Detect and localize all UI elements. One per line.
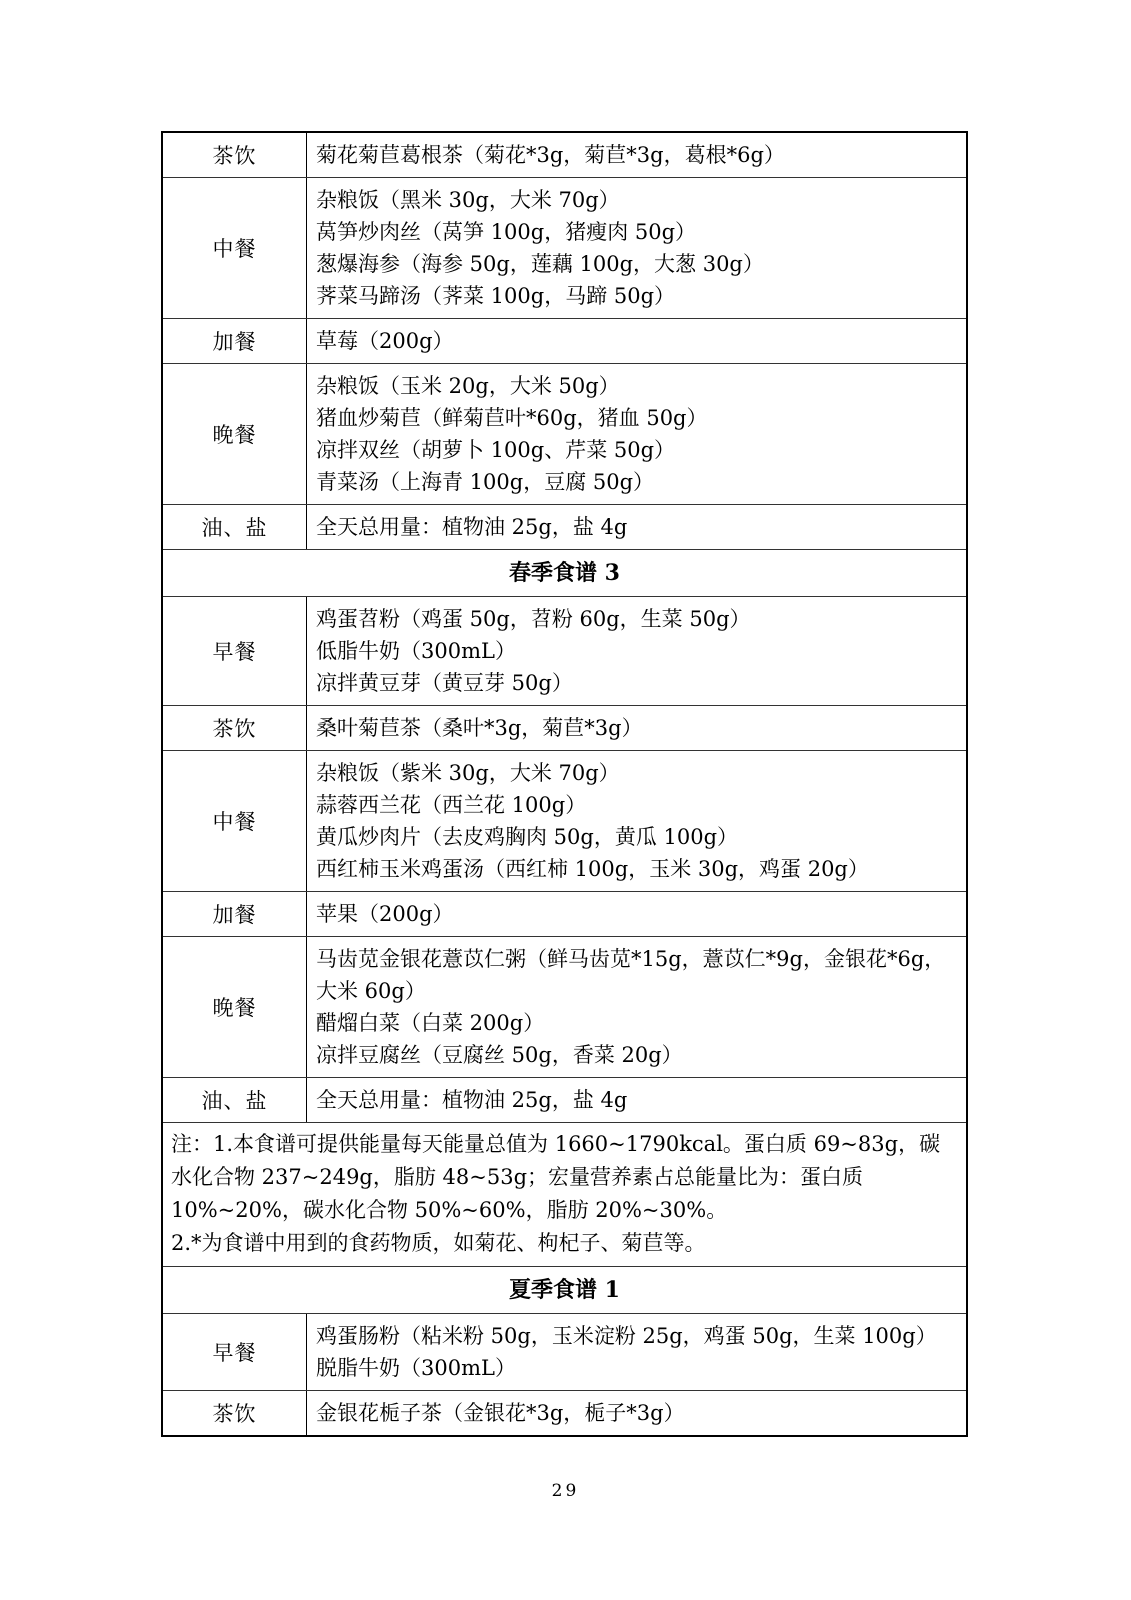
- notes-row: 注：1.本食谱可提供能量每天能量总值为 1660~1790kcal。蛋白质 69…: [163, 1122, 966, 1266]
- dish-item: 莴笋炒肉丝（莴笋 100g，猪瘦肉 50g）: [316, 216, 956, 248]
- dish-item: 西红柿玉米鸡蛋汤（西红柿 100g，玉米 30g，鸡蛋 20g）: [316, 853, 956, 885]
- meal-row: 油、盐全天总用量：植物油 25g，盐 4g: [163, 1077, 966, 1122]
- dish-item: 杂粮饭（黑米 30g，大米 70g）: [316, 184, 956, 216]
- meal-label: 晚餐: [163, 364, 307, 504]
- dish-item: 荠菜马蹄汤（荠菜 100g，马蹄 50g）: [316, 280, 956, 312]
- page-number: 29: [0, 1481, 1131, 1501]
- note-line: 2.*为食谱中用到的食药物质，如菊花、枸杞子、菊苣等。: [171, 1227, 958, 1260]
- meal-items: 全天总用量：植物油 25g，盐 4g: [307, 505, 966, 549]
- meal-label: 油、盐: [163, 1078, 307, 1122]
- meal-label: 中餐: [163, 751, 307, 891]
- meal-row: 加餐草莓（200g）: [163, 318, 966, 363]
- meal-label: 早餐: [163, 1314, 307, 1390]
- meal-label: 中餐: [163, 178, 307, 318]
- meal-items: 马齿苋金银花薏苡仁粥（鲜马齿苋*15g，薏苡仁*9g，金银花*6g，大米 60g…: [307, 937, 966, 1077]
- meal-label: 加餐: [163, 319, 307, 363]
- meal-row: 中餐杂粮饭（紫米 30g，大米 70g）蒜蓉西兰花（西兰花 100g）黄瓜炒肉片…: [163, 750, 966, 891]
- meal-label: 茶饮: [163, 706, 307, 750]
- dish-item: 杂粮饭（紫米 30g，大米 70g）: [316, 757, 956, 789]
- meal-items: 菊花菊苣葛根茶（菊花*3g，菊苣*3g，葛根*6g）: [307, 133, 966, 177]
- meal-row: 油、盐全天总用量：植物油 25g，盐 4g: [163, 504, 966, 549]
- meal-items: 鸡蛋苕粉（鸡蛋 50g，苕粉 60g，生菜 50g）低脂牛奶（300mL）凉拌黄…: [307, 597, 966, 705]
- meal-row: 茶饮桑叶菊苣茶（桑叶*3g，菊苣*3g）: [163, 705, 966, 750]
- section-header: 夏季食谱 1: [163, 1266, 966, 1313]
- dish-item: 脱脂牛奶（300mL）: [316, 1352, 956, 1384]
- meal-row: 晚餐杂粮饭（玉米 20g，大米 50g）猪血炒菊苣（鲜菊苣叶*60g，猪血 50…: [163, 363, 966, 504]
- meal-row: 加餐苹果（200g）: [163, 891, 966, 936]
- document-page: 茶饮菊花菊苣葛根茶（菊花*3g，菊苣*3g，葛根*6g）中餐杂粮饭（黑米 30g…: [0, 0, 1131, 1600]
- meal-label: 加餐: [163, 892, 307, 936]
- dish-item: 鸡蛋肠粉（粘米粉 50g，玉米淀粉 25g，鸡蛋 50g，生菜 100g）: [316, 1320, 956, 1352]
- meal-items: 苹果（200g）: [307, 892, 966, 936]
- dish-item: 鸡蛋苕粉（鸡蛋 50g，苕粉 60g，生菜 50g）: [316, 603, 956, 635]
- dish-item: 杂粮饭（玉米 20g，大米 50g）: [316, 370, 956, 402]
- meal-items: 杂粮饭（玉米 20g，大米 50g）猪血炒菊苣（鲜菊苣叶*60g，猪血 50g）…: [307, 364, 966, 504]
- dish-item: 凉拌黄豆芽（黄豆芽 50g）: [316, 667, 956, 699]
- meal-items: 桑叶菊苣茶（桑叶*3g，菊苣*3g）: [307, 706, 966, 750]
- meal-row: 早餐鸡蛋肠粉（粘米粉 50g，玉米淀粉 25g，鸡蛋 50g，生菜 100g）脱…: [163, 1313, 966, 1390]
- meal-label: 早餐: [163, 597, 307, 705]
- meal-label: 油、盐: [163, 505, 307, 549]
- meal-row: 中餐杂粮饭（黑米 30g，大米 70g）莴笋炒肉丝（莴笋 100g，猪瘦肉 50…: [163, 177, 966, 318]
- section-header: 春季食谱 3: [163, 549, 966, 596]
- meal-label: 晚餐: [163, 937, 307, 1077]
- dish-item: 蒜蓉西兰花（西兰花 100g）: [316, 789, 956, 821]
- dish-item: 凉拌豆腐丝（豆腐丝 50g，香菜 20g）: [316, 1039, 956, 1071]
- dish-item: 黄瓜炒肉片（去皮鸡胸肉 50g，黄瓜 100g）: [316, 821, 956, 853]
- dish-item: 全天总用量：植物油 25g，盐 4g: [316, 511, 956, 543]
- meal-items: 杂粮饭（黑米 30g，大米 70g）莴笋炒肉丝（莴笋 100g，猪瘦肉 50g）…: [307, 178, 966, 318]
- dish-item: 金银花栀子茶（金银花*3g，栀子*3g）: [316, 1397, 956, 1429]
- dish-item: 苹果（200g）: [316, 898, 956, 930]
- meal-row: 早餐鸡蛋苕粉（鸡蛋 50g，苕粉 60g，生菜 50g）低脂牛奶（300mL）凉…: [163, 596, 966, 705]
- dish-item: 青菜汤（上海青 100g，豆腐 50g）: [316, 466, 956, 498]
- meal-items: 草莓（200g）: [307, 319, 966, 363]
- dish-item: 全天总用量：植物油 25g，盐 4g: [316, 1084, 956, 1116]
- dish-item: 马齿苋金银花薏苡仁粥（鲜马齿苋*15g，薏苡仁*9g，金银花*6g，大米 60g…: [316, 943, 956, 1007]
- note-line: 注：1.本食谱可提供能量每天能量总值为 1660~1790kcal。蛋白质 69…: [171, 1128, 958, 1227]
- dish-item: 菊花菊苣葛根茶（菊花*3g，菊苣*3g，葛根*6g）: [316, 139, 956, 171]
- meal-row: 晚餐马齿苋金银花薏苡仁粥（鲜马齿苋*15g，薏苡仁*9g，金银花*6g，大米 6…: [163, 936, 966, 1077]
- diet-table: 茶饮菊花菊苣葛根茶（菊花*3g，菊苣*3g，葛根*6g）中餐杂粮饭（黑米 30g…: [161, 131, 968, 1437]
- dish-item: 醋熘白菜（白菜 200g）: [316, 1007, 956, 1039]
- dish-item: 桑叶菊苣茶（桑叶*3g，菊苣*3g）: [316, 712, 956, 744]
- meal-items: 全天总用量：植物油 25g，盐 4g: [307, 1078, 966, 1122]
- meal-row: 茶饮菊花菊苣葛根茶（菊花*3g，菊苣*3g，葛根*6g）: [163, 133, 966, 177]
- dish-item: 草莓（200g）: [316, 325, 956, 357]
- meal-items: 金银花栀子茶（金银花*3g，栀子*3g）: [307, 1391, 966, 1435]
- meal-row: 茶饮金银花栀子茶（金银花*3g，栀子*3g）: [163, 1390, 966, 1435]
- dish-item: 猪血炒菊苣（鲜菊苣叶*60g，猪血 50g）: [316, 402, 956, 434]
- meal-label: 茶饮: [163, 1391, 307, 1435]
- meal-items: 杂粮饭（紫米 30g，大米 70g）蒜蓉西兰花（西兰花 100g）黄瓜炒肉片（去…: [307, 751, 966, 891]
- meal-label: 茶饮: [163, 133, 307, 177]
- meal-items: 鸡蛋肠粉（粘米粉 50g，玉米淀粉 25g，鸡蛋 50g，生菜 100g）脱脂牛…: [307, 1314, 966, 1390]
- dish-item: 凉拌双丝（胡萝卜 100g、芹菜 50g）: [316, 434, 956, 466]
- dish-item: 葱爆海参（海参 50g，莲藕 100g，大葱 30g）: [316, 248, 956, 280]
- dish-item: 低脂牛奶（300mL）: [316, 635, 956, 667]
